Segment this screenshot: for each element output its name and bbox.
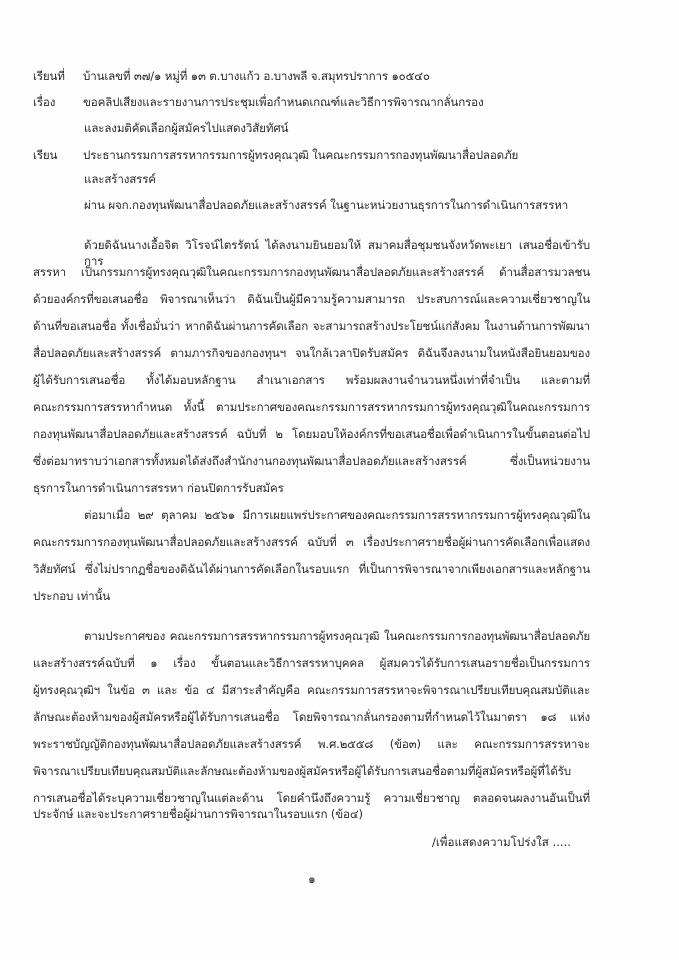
sender-label: เรียนที่ <box>33 68 83 84</box>
subject-text-1: ขอคลิปเสียงและรายงานการประชุมเพื่อกำหนดเ… <box>83 95 483 109</box>
recipient-text-2: และสร้างสรรค์ <box>84 171 156 187</box>
document-page: เรียนที่บ้านเลขที่ ๓๗/๑ หมู่ที่ ๑๓ ต.บาง… <box>0 0 679 960</box>
para1-line: ธุรการในการดำเนินการสรรหา ก่อนปิดการรับส… <box>33 480 284 496</box>
para3-line: และสร้างสรรค์ฉบับที่ ๑ เรื่อง ขั้นตอนและ… <box>33 655 590 671</box>
para2-line: วิสัยทัศน์ ซึ่งไม่ปรากฏชื่อของดิฉันได้ผ่… <box>33 561 590 577</box>
recipient-line: เรียนประธานกรรมการสรรหากรรมการผู้ทรงคุณว… <box>33 147 518 163</box>
para1-line: ด้วยองค์กรที่ขอเสนอชื่อ พิจารณาเห็นว่า ด… <box>33 291 590 307</box>
via-line: ผ่าน ผจก.กองทุนพัฒนาสื่อปลอดภัยและสร้างส… <box>84 197 568 213</box>
para1-line: ซึ่งต่อมาทราบว่าเอกสารทั้งหมดได้ส่งถึงสำ… <box>33 453 590 469</box>
para2-line: คณะกรรมการกองทุนพัฒนาสื่อปลอดภัยและสร้าง… <box>33 534 590 550</box>
subject-text-2: และลงมติคัดเลือกผู้สมัครไปแสดงวิสัยทัศน์ <box>84 120 288 136</box>
para1-line: กองทุนพัฒนาสื่อปลอดภัยและสร้างสรรค์ ฉบับ… <box>33 426 590 442</box>
recipient-label: เรียน <box>33 147 83 163</box>
recipient-text-1: ประธานกรรมการสรรหากรรมการผู้ทรงคุณวุฒิ ใ… <box>83 148 518 162</box>
para1-line: คณะกรรมการสรรหากำหนด ทั้งนี้ ตามประกาศขอ… <box>33 399 590 415</box>
para3-line: พิจารณาเปรียบเทียบคุณสมบัติและลักษณะต้อง… <box>33 763 590 779</box>
para1-line: ผู้ได้รับการเสนอชื่อ ทั้งได้มอบหลักฐาน ส… <box>33 372 590 388</box>
subject-line: เรื่องขอคลิปเสียงและรายงานการประชุมเพื่อ… <box>33 94 483 110</box>
para3-line: ตามประกาศของ คณะกรรมการสรรหากรรมการผู้ทร… <box>84 628 590 644</box>
subject-label: เรื่อง <box>33 94 83 110</box>
para2-line: ต่อมาเมื่อ ๒๙ ตุลาคม ๒๕๖๑ มีการเผยแพร่ปร… <box>84 507 590 523</box>
para2-line: ประกอบ เท่านั้น <box>33 588 110 604</box>
para1-line: สรรหา เป็นกรรมการผู้ทรงคุณวุฒิในคณะกรรมก… <box>33 264 590 280</box>
sender-address: บ้านเลขที่ ๓๗/๑ หมู่ที่ ๑๓ ต.บางแก้ว อ.บ… <box>83 69 430 83</box>
page-number: ๑ <box>308 870 316 889</box>
continuation-note: /เพื่อแสดงความโปร่งใส ..... <box>432 834 571 852</box>
para1-line: สื่อปลอดภัยและสร้างสรรค์ ตามภารกิจของกอง… <box>33 345 590 361</box>
sender-address-line: เรียนที่บ้านเลขที่ ๓๗/๑ หมู่ที่ ๑๓ ต.บาง… <box>33 68 430 84</box>
para3-line: ผู้ทรงคุณวุฒิฯ ในข้อ ๓ และ ข้อ ๔ มีสาระส… <box>33 682 590 698</box>
para1-line: ด้านที่ขอเสนอชื่อ ทั้งเชื่อมั่นว่า หากดิ… <box>33 318 590 334</box>
para3-line: ลักษณะต้องห้ามของผู้สมัครหรือผู้ได้รับกา… <box>33 709 590 725</box>
para3-line: ประจักษ์ และจะประกาศรายชื่อผู้ผ่านการพิจ… <box>33 806 363 822</box>
para3-line: พระราชบัญญัติกองทุนพัฒนาสื่อปลอดภัยและสร… <box>33 736 590 752</box>
para3-line: การเสนอชื่อได้ระบุความเชี่ยวชาญในแต่ละด้… <box>33 790 590 806</box>
